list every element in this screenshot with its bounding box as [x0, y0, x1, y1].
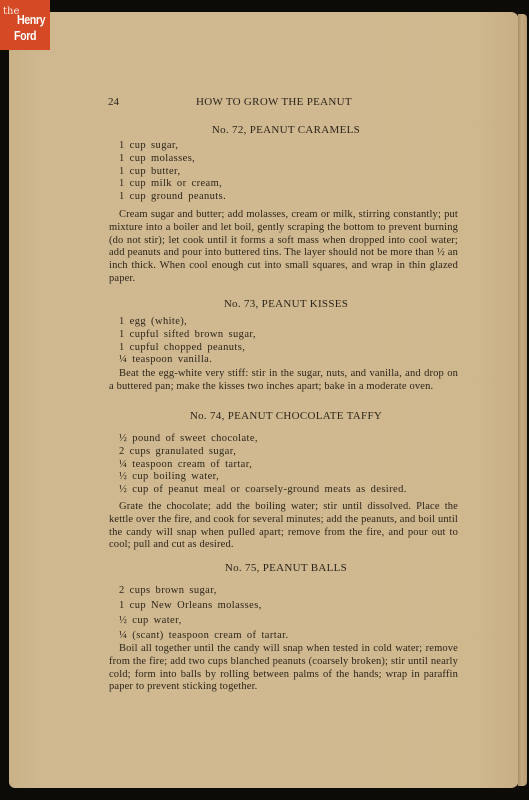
ingredient-item: 1 cup sugar, — [119, 140, 226, 153]
running-head-title: HOW TO GROW THE PEANUT — [196, 96, 352, 108]
ingredient-item: ½ pound of sweet chocolate, — [119, 433, 407, 446]
running-head: 24 HOW TO GROW THE PEANUT — [108, 96, 453, 110]
ingredient-item: ½ cup of peanut meal or coarsely-ground … — [119, 484, 407, 497]
page-number: 24 — [108, 96, 119, 108]
recipe-75-ingredients: 2 cups brown sugar, 1 cup New Orleans mo… — [119, 583, 288, 643]
logo-text-ford: Ford — [14, 29, 36, 42]
recipe-72-ingredients: 1 cup sugar, 1 cup molasses, 1 cup butte… — [119, 140, 226, 204]
ingredient-item: 1 cup milk or cream, — [119, 178, 226, 191]
recipe-74-directions: Grate the chocolate; add the boiling wat… — [109, 501, 458, 552]
book-spine-edge — [518, 14, 527, 786]
ingredient-item: 1 cupful sifted brown sugar, — [119, 329, 256, 342]
ingredient-item: ¼ (scant) teaspoon cream of tartar. — [119, 628, 288, 643]
recipe-72-directions: Cream sugar and butter; add molasses, cr… — [109, 209, 458, 286]
ingredient-item: 1 cup ground peanuts. — [119, 191, 226, 204]
recipe-73-directions: Beat the egg-white very stiff: stir in t… — [109, 368, 458, 394]
recipe-73-title: No. 73, PEANUT KISSES — [100, 298, 472, 310]
recipe-74-ingredients: ½ pound of sweet chocolate, 2 cups granu… — [119, 433, 407, 497]
recipe-75-directions: Boil all together until the candy will s… — [109, 643, 458, 694]
ingredient-item: ¼ teaspoon cream of tartar, — [119, 459, 407, 472]
ingredient-item: 1 cup butter, — [119, 166, 226, 179]
recipe-74-title: No. 74, PEANUT CHOCOLATE TAFFY — [100, 410, 472, 422]
ingredient-item: ½ cup water, — [119, 613, 288, 628]
recipe-73-ingredients: 1 egg (white), 1 cupful sifted brown sug… — [119, 316, 256, 367]
recipe-75-title: No. 75, PEANUT BALLS — [100, 562, 472, 574]
recipe-72-title: No. 72, PEANUT CARAMELS — [100, 124, 472, 136]
ingredient-item: 1 cupful chopped peanuts, — [119, 342, 256, 355]
ingredient-item: ½ cup boiling water, — [119, 471, 407, 484]
ingredient-item: 2 cups brown sugar, — [119, 583, 288, 598]
henry-ford-logo: the Henry Ford — [0, 0, 50, 50]
logo-text-henry: Henry — [17, 13, 45, 26]
ingredient-item: 1 egg (white), — [119, 316, 256, 329]
ingredient-item: ¼ teaspoon vanilla. — [119, 354, 256, 367]
ingredient-item: 1 cup molasses, — [119, 153, 226, 166]
ingredient-item: 2 cups granulated sugar, — [119, 446, 407, 459]
ingredient-item: 1 cup New Orleans molasses, — [119, 598, 288, 613]
